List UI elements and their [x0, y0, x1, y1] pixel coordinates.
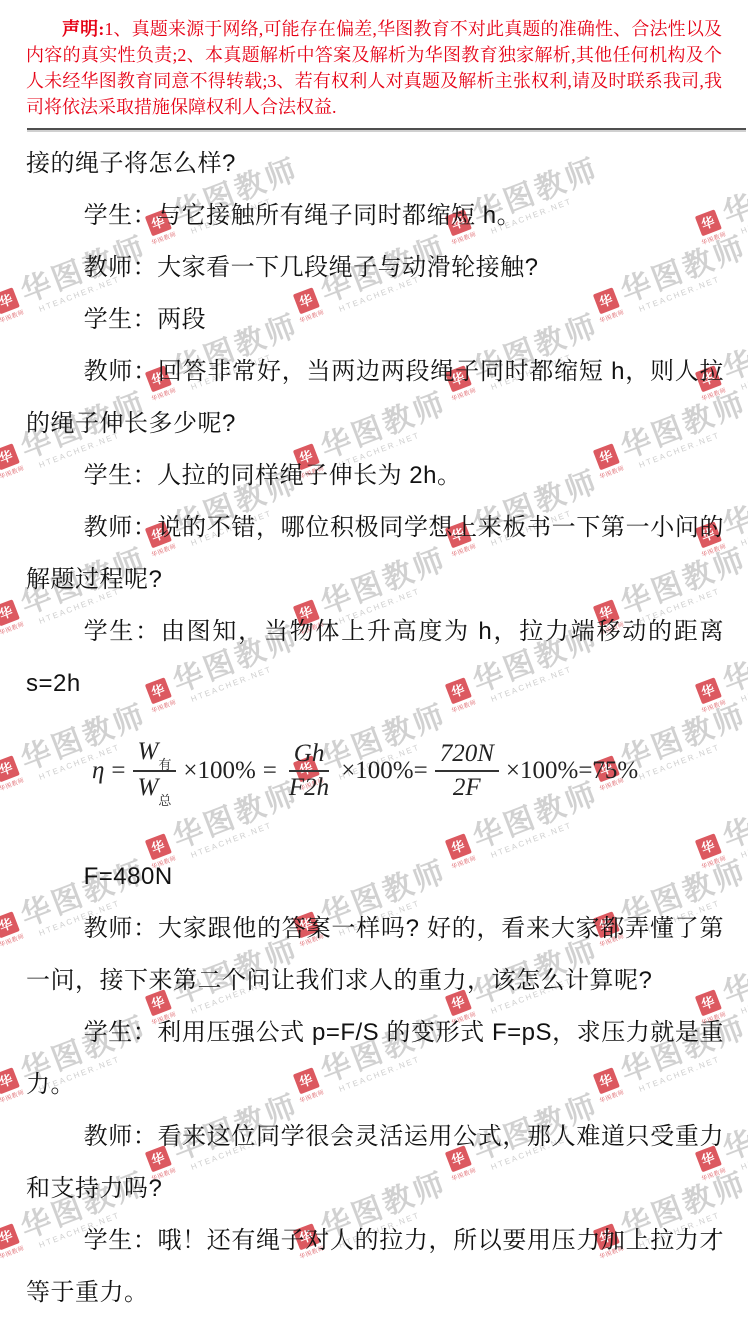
- dialogue-paragraph: 学生：利用压强公式 p=F/S 的变形式 F=pS，求压力就是重力。: [26, 1007, 724, 1111]
- dialogue-paragraph: 学生：与它接触所有绳子同时都缩短 h。: [26, 190, 724, 242]
- dialogue-paragraph: 学生：由图知，当物体上升高度为 h，拉力端移动的距离 s=2h: [26, 606, 724, 710]
- formula-720n-den: 2F: [448, 772, 486, 803]
- dialogue-paragraph: 教师：大家看一下几段绳子与动滑轮接触?: [26, 242, 724, 294]
- disclaimer-body: 1、真题来源于网络,可能存在偏差,华图教育不对此真题的准确性、合法性以及内容的真…: [26, 19, 722, 117]
- formula-gh-den: F2h: [284, 772, 334, 803]
- section-divider: [27, 128, 746, 130]
- formula-times-2: ×100%=: [341, 757, 428, 785]
- formula-times-1: ×100%: [183, 757, 255, 785]
- formula-gh-num: Gh: [289, 740, 330, 772]
- formula-w-total-sub: 总: [158, 793, 171, 808]
- formula-w-useful: W: [138, 738, 159, 765]
- formula-fraction-gh: Gh F2h: [284, 740, 334, 803]
- dialogue-paragraph: 学生：两段: [26, 294, 724, 346]
- dialogue-paragraph: 学生：哦！还有绳子对人的拉力，所以要用压力加上拉力才等于重力。: [26, 1215, 724, 1319]
- dialogue-paragraph: 接的绳子将怎么样?: [26, 138, 724, 190]
- disclaimer-text: 声明:1、真题来源于网络,可能存在偏差,华图教育不对此真题的准确性、合法性以及内…: [26, 16, 722, 120]
- formula-720n-num: 720N: [435, 740, 499, 772]
- disclaimer-label: 声明:: [62, 19, 104, 39]
- formula-w-useful-sub: 有: [158, 757, 171, 772]
- dialogue-paragraph: 教师：说的不错，哪位积极同学想上来板书一下第一小问的解题过程呢?: [26, 502, 724, 606]
- formula-w-total: W: [138, 774, 159, 801]
- document-page: 声明:1、真题来源于网络,可能存在偏差,华图教育不对此真题的准确性、合法性以及内…: [0, 16, 748, 1319]
- dialogue-paragraph: 教师：看来这位同学很会灵活运用公式，那人难道只受重力和支持力吗?: [26, 1111, 724, 1215]
- formula-fraction-work: W有 W总: [133, 738, 177, 805]
- dialogue-section: 接的绳子将怎么样? 学生：与它接触所有绳子同时都缩短 h。 教师：大家看一下几段…: [0, 138, 748, 1319]
- dialogue-paragraph: 教师：回答非常好，当两边两段绳子同时都缩短 h，则人拉的绳子伸长多少呢?: [26, 346, 724, 450]
- dialogue-paragraph: 教师：大家跟他的答案一样吗? 好的，看来大家都弄懂了第一问，接下来第二个问让我们…: [26, 903, 724, 1007]
- formula-eta: η: [92, 757, 104, 785]
- dialogue-paragraph: 学生：人拉的同样绳子伸长为 2h。: [26, 450, 724, 502]
- formula-result: ×100%=75%: [506, 757, 638, 785]
- formula-equals-2: =: [263, 757, 277, 785]
- formula-fraction-720n: 720N 2F: [435, 740, 499, 803]
- formula-equals-1: =: [111, 757, 125, 785]
- dialogue-paragraph: F=480N: [26, 851, 724, 903]
- efficiency-formula: η = W有 W总 ×100% = Gh F2h ×100%= 720N 2F …: [92, 738, 748, 805]
